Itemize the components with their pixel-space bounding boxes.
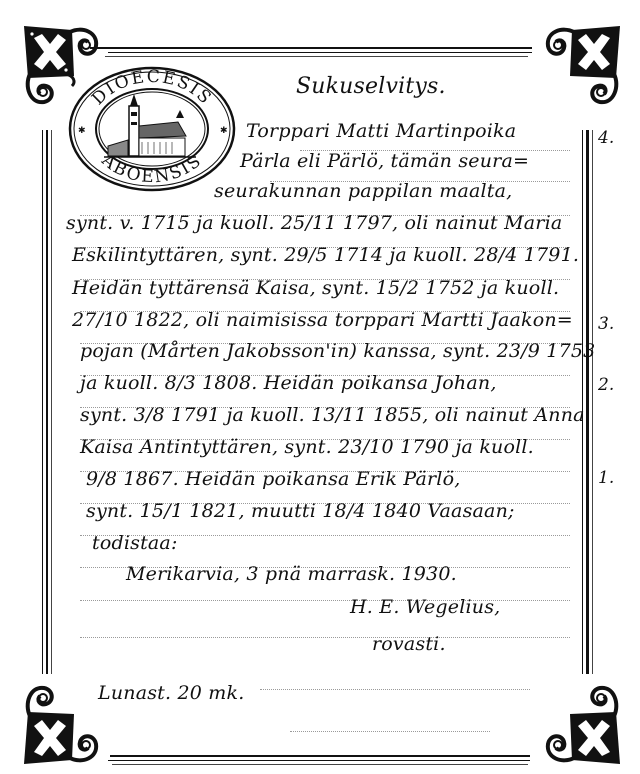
document-title: Sukuselvitys. (296, 74, 446, 99)
text-line-8: pojan (Mårten Jakobsson'in) kanssa, synt… (80, 340, 595, 362)
frame-line-left (46, 130, 48, 674)
frame-line-right (586, 130, 589, 674)
generation-number: 2. (598, 375, 614, 395)
ruled-line (80, 637, 570, 638)
text-line-2: Pärla eli Pärlö, tämän seura= (240, 150, 529, 172)
text-line-14: todistaa: (92, 532, 178, 554)
text-line-6: Heidän tyttärensä Kaisa, synt. 15/2 1752… (72, 277, 559, 299)
text-line-3: seurakunnan pappilan maalta, (214, 180, 512, 202)
signer-title: rovasti. (372, 633, 446, 655)
frame-line-bottom (108, 760, 530, 761)
text-line-4: synt. v. 1715 ja kuoll. 25/11 1797, oli … (66, 212, 562, 234)
ruled-line (290, 731, 490, 732)
fee-note: Lunast. 20 mk. (98, 682, 244, 704)
diocese-seal: DIOECESIS ABOENSIS ✱ ✱ (68, 66, 236, 192)
ruled-line (260, 689, 530, 690)
frame-line-top (108, 52, 532, 53)
text-line-1: Torppari Matti Martinpoika (246, 120, 516, 142)
frame-line-bottom (112, 764, 528, 765)
corner-ornament-icon (22, 676, 100, 766)
place-date: Merikarvia, 3 pnä marrask. 1930. (126, 563, 457, 585)
text-line-9: ja kuoll. 8/3 1808. Heidän poikansa Joha… (80, 372, 497, 394)
frame-line-right (592, 130, 593, 674)
text-line-7: 27/10 1822, oli naimisissa torppari Mart… (72, 309, 573, 331)
corner-ornament-icon (544, 24, 622, 114)
frame-line-left (42, 130, 43, 674)
corner-ornament-icon (544, 676, 622, 766)
frame-line-right (582, 130, 583, 674)
generation-number: 3. (598, 314, 614, 334)
text-line-12: 9/8 1867. Heidän poikansa Erik Pärlö, (86, 468, 460, 490)
frame-line-top (90, 47, 532, 49)
svg-text:✱: ✱ (78, 126, 86, 136)
frame-line-left (51, 130, 52, 674)
text-line-13: synt. 15/1 1821, muutti 18/4 1840 Vaasaa… (86, 500, 515, 522)
frame-line-top (105, 56, 528, 57)
frame-line-bottom (110, 755, 530, 757)
signature: H. E. Wegelius, (350, 596, 500, 618)
generation-number: 1. (598, 468, 614, 488)
text-line-5: Eskilintyttären, synt. 29/5 1714 ja kuol… (72, 244, 579, 266)
text-line-11: Kaisa Antintyttären, synt. 23/10 1790 ja… (80, 436, 534, 458)
svg-text:✱: ✱ (220, 126, 228, 136)
genealogy-certificate: DIOECESIS ABOENSIS ✱ ✱ (0, 0, 640, 774)
text-line-10: synt. 3/8 1791 ja kuoll. 13/11 1855, oli… (80, 404, 585, 426)
generation-number: 4. (598, 128, 614, 148)
